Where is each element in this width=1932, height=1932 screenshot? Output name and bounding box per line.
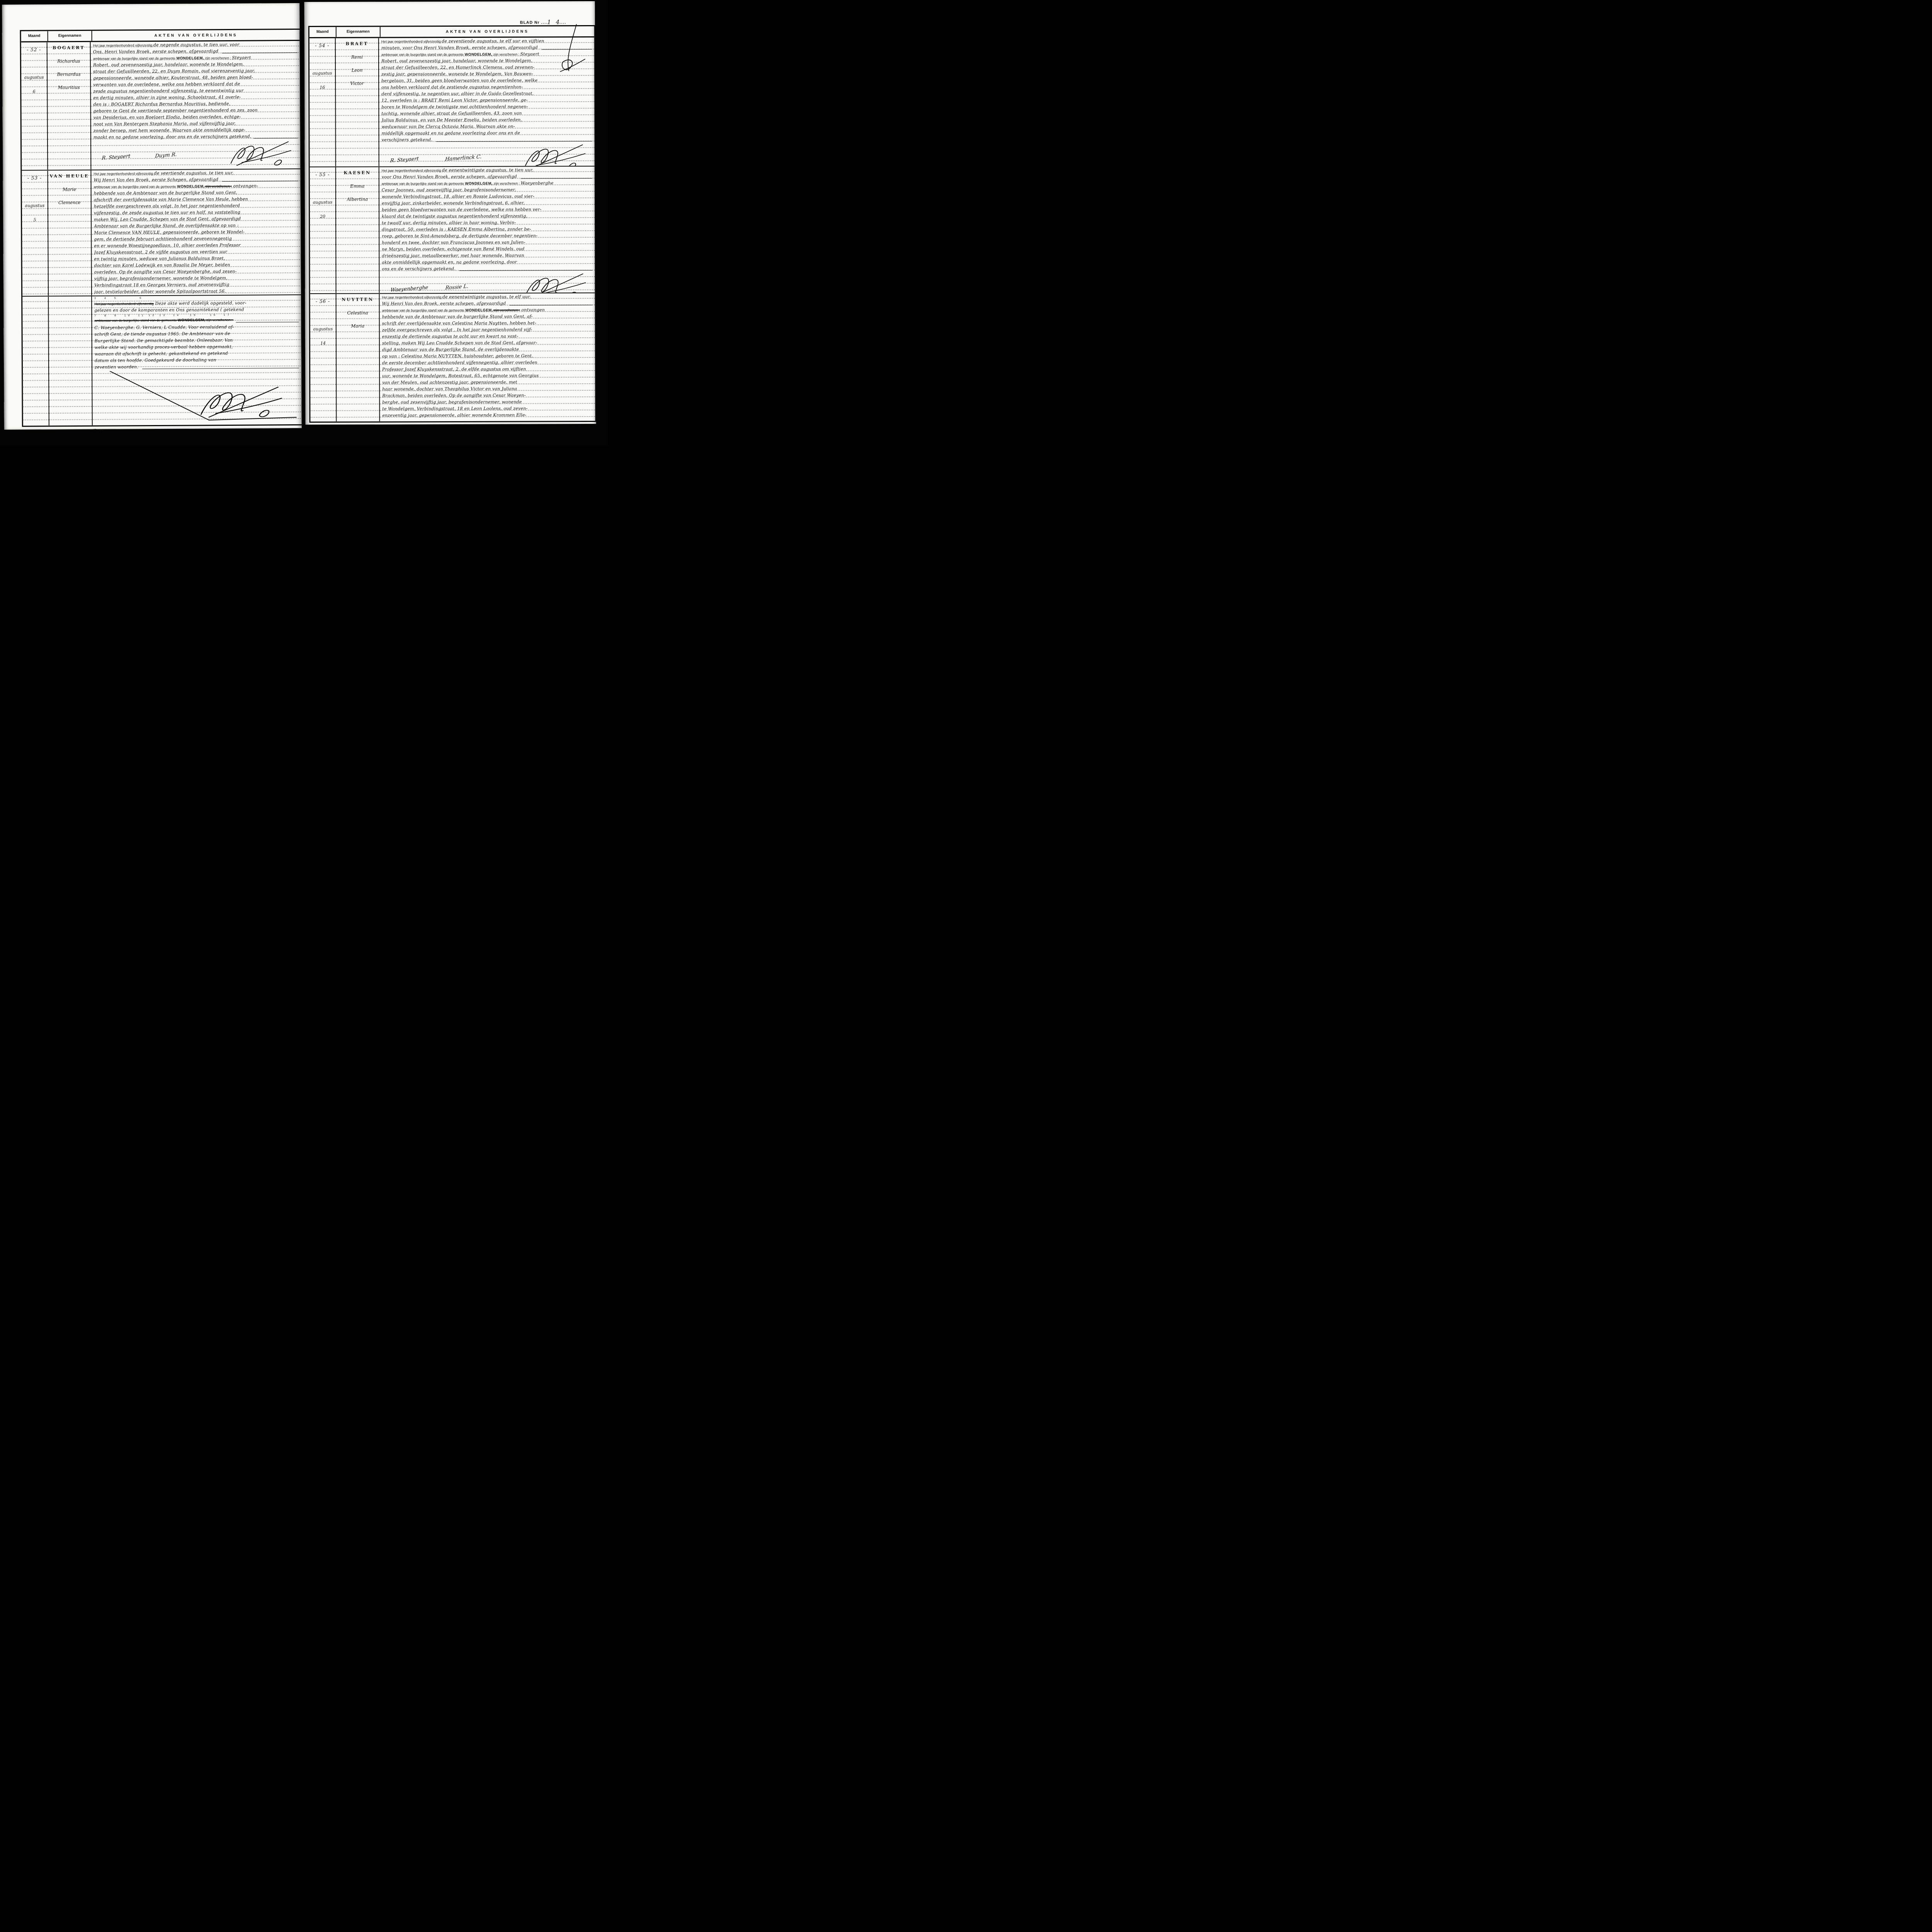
handwritten-text: maken Wij, Leo Cnudde, Schepen van de St… xyxy=(94,216,241,222)
fill-rule-line xyxy=(142,368,299,369)
deceased-given-name: Victor xyxy=(336,80,378,94)
handwritten-text: Steyaert xyxy=(232,55,251,60)
handwritten-text: weduwnaar van De Clercq Octavia Maria. W… xyxy=(381,124,515,129)
entry-number: - 56 - xyxy=(310,299,336,304)
act-text-line: voor Ons Henri Vanden Broek, eerste sche… xyxy=(382,174,593,181)
signature-block: R. SteyaertDuym R. xyxy=(94,140,299,169)
register-entry-52: - 52 - augustus 6 BOGAERTRichardusBernar… xyxy=(21,41,301,171)
printed-text: WONDELGEM, xyxy=(465,182,493,186)
entry-names-cell xyxy=(49,296,93,426)
act-text-line: wonende Verbindingstraat, 18, alhier en … xyxy=(382,194,593,201)
act-text-line: te twaalf uur, dertig minuten, alhier in… xyxy=(382,220,593,227)
handwritten-text: tachtig, wonende alhier, straat de Gefus… xyxy=(381,111,522,116)
act-text-line: tachtig, wonende alhier, straat de Gefus… xyxy=(381,111,593,117)
deceased-given-name: Bernardus xyxy=(48,71,90,85)
handwritten-text: zestig jaar, gepensionneerde, wonende te… xyxy=(381,71,533,77)
column-header-eigennamen: Eigennamen xyxy=(337,27,381,37)
act-text-line: ambtenaar van de burgerlijke stand van d… xyxy=(382,307,594,314)
handwritten-text: gepensionneerde, wonende alhier, Kouters… xyxy=(93,75,253,81)
handwritten-text: akte onmiddellijk opgemaakt en, na gedan… xyxy=(382,260,517,265)
handwritten-text: berghe, oud zesenvijftig jaar, begrafeni… xyxy=(382,400,522,405)
handwritten-text: beiden geen bloedverwanten van de overle… xyxy=(382,207,541,212)
act-text-line: enzeventig jaar, gepensioneerde, alhier … xyxy=(382,412,594,419)
column-header-eigennamen: Eigennamen xyxy=(48,31,92,41)
printed-text: ambtenaar van de burgerlijke stand van d… xyxy=(381,53,465,57)
witness-signature: R. Steyaert xyxy=(102,153,131,162)
deceased-given-name: Leon xyxy=(336,67,378,80)
entry-month: augustus xyxy=(310,200,335,205)
entry-day: 5 xyxy=(22,217,48,222)
handwritten-text: jaar, textielarbeider, alhier wonende Sp… xyxy=(94,289,226,294)
act-text-line: bergelaan, 31, beiden geen bloedverwante… xyxy=(381,78,593,85)
act-text-line: te Wondelgem, Verbindingstraat, 18 en Le… xyxy=(382,406,594,413)
sheet-number-label: BLAD Nr xyxy=(520,20,541,25)
handwritten-text: ons en de verschijners getekend. xyxy=(382,266,457,272)
handwritten-text: de negende augustus, te tien uur, voor xyxy=(153,42,240,48)
annotation-numbers: 3 4 5 6 xyxy=(94,297,143,300)
handwritten-text: schrift der overlijdensakte van Celestin… xyxy=(382,320,536,326)
officer-signature-flourish xyxy=(519,142,587,166)
handwritten-text: verwanten van de overledene, welke ons h… xyxy=(93,82,240,87)
deceased-surname: BOGAERT xyxy=(48,45,90,59)
act-text-line: beiden geen bloedverwanten van de overle… xyxy=(382,207,593,214)
witness-signature: Hamerlinck C. xyxy=(445,154,482,162)
deceased-surname: VAN HEULE xyxy=(48,173,90,187)
act-text-line: klaard dat de twintigste augustus negent… xyxy=(382,213,593,220)
signature-block: WaeyenbergheRossie L. xyxy=(382,272,593,293)
handwritten-text: Brackman, beiden overleden. Op de aangif… xyxy=(382,393,526,398)
handwritten-text: enzestig de dertiende augustus te acht u… xyxy=(382,334,518,339)
entry-number: - 53 - xyxy=(22,175,47,180)
entry-names-cell: KAESENEmmaAlbertina xyxy=(336,167,380,293)
handwritten-text: de veertiende augustus, te tien uur, xyxy=(154,170,233,176)
act-text-line: van der Meulen, oud achtenzestig jaar, g… xyxy=(382,379,594,386)
handwritten-text: middellijk opgemaakt en na gedane voorle… xyxy=(381,131,520,136)
deceased-given-name: Emma xyxy=(336,183,379,196)
act-text-line: digd Ambtenaar van de Burgerlijke Stand,… xyxy=(382,347,594,354)
handwritten-text: Deze akte werd dadelijk opgesteld, voor- xyxy=(154,301,247,306)
handwritten-text: Steyaert xyxy=(520,51,539,56)
handwritten-text: en er wonende Woestijnegoedlaan, 10, alh… xyxy=(94,243,241,248)
deceased-surname: BRAET xyxy=(336,41,378,54)
act-text-line: dingstraat, 50, overleden is : KAESEN Em… xyxy=(382,226,593,233)
officer-signature-flourish xyxy=(519,271,587,293)
handwritten-text: C. Waeyenberghe. G. Verniers, L Cnudde, … xyxy=(94,325,234,330)
printed-text: zijn verschenen : xyxy=(493,182,521,185)
act-text-line: jaar, textielarbeider, alhier wonende Sp… xyxy=(94,288,299,296)
printed-text: zijn verschenen : xyxy=(493,308,520,312)
table-header: Maand Eigennamen AKTEN VAN OVERLIJDENS xyxy=(21,30,299,43)
entry-maand-cell: - 52 - augustus 6 xyxy=(21,42,48,170)
handwritten-text: dingstraat, 50, overleden is : KAESEN Em… xyxy=(382,226,531,232)
handwritten-text: geboren te Gent de veertiende september … xyxy=(94,108,258,114)
entry-number: - 52 - xyxy=(21,47,47,52)
entry-names-cell: NUYTTENCelestinaMaria xyxy=(337,294,380,421)
handwritten-text: ons hebben verklaard dat de zestiende au… xyxy=(381,85,523,90)
entry-month: augustus xyxy=(310,327,336,332)
printed-text: ambtenaar van de burgerlijke stand van d… xyxy=(382,308,466,313)
handwritten-text: Professor Jozef Kluyskensstraat, 2, de e… xyxy=(382,366,526,372)
register-entry-53: - 53 - augustus 5 VAN HEULEMarieClemence… xyxy=(22,169,301,297)
handwritten-text: datum als ten hoofde. Goedgekeurd de doo… xyxy=(95,357,216,363)
page-right: BLAD Nr ....1 4.... Maand Eigennamen AKT… xyxy=(304,1,596,425)
handwritten-text: straat der Gefusilleerden, 22, en Duym R… xyxy=(93,68,255,74)
deceased-surname: KAESEN xyxy=(336,170,379,183)
handwritten-text: Cesar Joannes, oud zesenvijftig jaar, be… xyxy=(382,187,516,193)
handwritten-text: Marie Clemence VAN HEULE, gepensioneerde… xyxy=(94,230,245,235)
handwritten-text: voor Ons Henri Vanden Broek, eerste sche… xyxy=(382,174,519,180)
column-header-maand: Maand xyxy=(310,27,337,37)
printed-text: Het jaar negentienhonderd vijfenzestig xyxy=(93,43,153,48)
entry-month: augustus xyxy=(21,75,47,80)
act-text-line: stelling, maken Wij Leo Cnudde Schepen v… xyxy=(382,340,594,347)
scan-speck xyxy=(99,430,104,431)
handwritten-text: verschijners getekend. xyxy=(381,137,434,142)
entry-maand-cell: - 56 - augustus 14 xyxy=(310,294,337,422)
entry-day: 16 xyxy=(310,85,335,90)
handwritten-text: en dertig minuten, alhier in zijne wonin… xyxy=(93,95,241,100)
handwritten-text: stelling, maken Wij Leo Cnudde Schepen v… xyxy=(382,340,537,345)
handwritten-text: envijftig jaar, zinkarbeider, wonende Ve… xyxy=(382,200,525,206)
printed-text: zijn verschenen : xyxy=(204,56,232,60)
handwritten-text: Julius Balduinus, en van De Meester Emel… xyxy=(381,117,522,123)
handwritten-text: Jozef Kluyskensstraat, 2 de vijfde augus… xyxy=(94,249,227,255)
handwritten-text: derd vijfenzestig, te negentien uur, alh… xyxy=(381,91,534,96)
entry-day: 14 xyxy=(310,341,336,346)
act-text-line: zelfde overgeschreven als volgt , In het… xyxy=(382,327,594,334)
handwritten-text: afschrift der overlijdensakte van Marie … xyxy=(94,197,248,202)
printed-text: Het jaar negentienhonderd vijfenzestig xyxy=(94,302,154,306)
act-text-line: Brackman, beiden overleden. Op de aangif… xyxy=(382,393,594,400)
handwritten-text: honderd en twee, dochter van Franciscus … xyxy=(382,240,525,245)
register-entry-56: - 56 - augustus 14 NUYTTENCelestinaMaria… xyxy=(310,293,595,422)
act-text-line: Het jaar negentienhonderd vijfenzestig d… xyxy=(382,294,594,301)
handwritten-text: zesde augustus negentienhonderd vijfenze… xyxy=(93,88,243,94)
handwritten-text: Waeyenberghe xyxy=(520,180,553,185)
handwritten-text: Wij Henri Van den Broek, eerste Schepen,… xyxy=(94,177,219,183)
handwritten-text: dochter van Karel Lodewijk en van Rosali… xyxy=(94,262,230,268)
deceased-given-name: Richardus xyxy=(48,58,90,72)
act-text-line: weduwnaar van De Clercq Octavia Maria. W… xyxy=(381,124,593,131)
deceased-given-name: Maria xyxy=(337,323,379,336)
act-text-line: schrift der overlijdensakte van Celestin… xyxy=(382,320,594,327)
deceased-given-name: Remi xyxy=(336,54,378,67)
handwritten-text: Verbindingstraat 18 en Georges Verniers,… xyxy=(94,282,230,288)
officer-signature-flourish xyxy=(193,383,284,421)
entry-number: - 54 - xyxy=(310,43,335,48)
handwritten-text: de eenentwintigste augustus, te tien uur… xyxy=(442,167,534,173)
handwritten-text: Robert, oud zevenenzestig jaar, handelaa… xyxy=(93,62,244,68)
act-text-line: roep, geboren te Sint-Amandsberg, de der… xyxy=(382,233,593,240)
entry-names-cell: BOGAERTRichardusBernardusMauritius xyxy=(48,42,92,170)
printed-text: WONDELGEM, xyxy=(465,53,493,57)
act-text-line: uur, wonende te Wondelgem, Botestraat, 6… xyxy=(382,373,594,380)
handwritten-text: en twintig minuten, weduwe van Julianus … xyxy=(94,256,225,262)
handwritten-text: vijfenzestig, de zesde augustus te tien … xyxy=(94,210,240,216)
entry-month: augustus xyxy=(310,71,335,76)
handwritten-text: enzeventig jaar, gepensioneerde, alhier … xyxy=(382,412,526,418)
handwritten-text: drieënzestig jaar, metaalbewerker, met h… xyxy=(382,253,524,258)
handwritten-text: welke akte wij voorhandig proces-verbaal… xyxy=(95,344,233,350)
printed-text: zijn verschenen : xyxy=(206,318,234,322)
handwritten-text: zelfde overgeschreven als volgt , In het… xyxy=(382,327,532,332)
act-text-line: Professor Jozef Kluyskensstraat, 2, de e… xyxy=(382,366,594,373)
act-text-line: Cesar Joannes, oud zesenvijftig jaar, be… xyxy=(382,187,593,194)
handwritten-text: roep, geboren te Sint-Amandsberg, de der… xyxy=(382,233,537,238)
handwritten-text: vijftig jaar, begrafenisondernemer, wone… xyxy=(94,276,228,281)
fill-rule-line xyxy=(520,178,592,179)
pen-squiggle xyxy=(558,24,586,78)
printed-text: zijn verschenen : xyxy=(492,53,520,56)
entry-act-text-cell: Het jaar negentienhonderd vijfenzestig d… xyxy=(91,169,301,296)
register-entry-53-continuation: 3 4 5 6Het jaar negentienhonderd vijfenz… xyxy=(22,295,302,426)
entry-act-text-cell: 3 4 5 6Het jaar negentienhonderd vijfenz… xyxy=(92,295,302,425)
handwritten-text: 12, overleden is : BRAET Remi Leon Victo… xyxy=(381,97,527,103)
handwritten-text: digd Ambtenaar van de Burgerlijke Stand,… xyxy=(382,347,519,352)
column-header-akten: AKTEN VAN OVERLIJDENS xyxy=(92,32,300,38)
register-table-left: Maand Eigennamen AKTEN VAN OVERLIJDENS -… xyxy=(20,29,303,427)
act-text-line: de eerste december achttienhonderd vijfe… xyxy=(382,360,594,367)
handwritten-text: de zeventiende augustus, te elf uur en v… xyxy=(442,38,544,44)
deceased-given-name: Marie xyxy=(48,187,91,200)
handwritten-text: hebbende van de Ambtenaar van de burgerl… xyxy=(94,190,238,196)
act-text-line: drieënzestig jaar, metaalbewerker, met h… xyxy=(382,253,593,260)
act-text-line: ambtenaar van de burgerlijke stand van d… xyxy=(382,180,593,187)
act-text-line: op van : Celestina Maria NUYTTEN, huisho… xyxy=(382,353,594,360)
act-text-line: enzestig de dertiende augustus te acht u… xyxy=(382,333,594,340)
handwritten-text: zeventien woorden. xyxy=(95,364,140,370)
handwritten-text: minuten, voor Ons Henri Vanden Broek, ee… xyxy=(381,45,539,50)
printed-text: WONDELGEM, xyxy=(176,56,204,60)
handwritten-text: straat der Gefusilleerden, 22, en Hamerl… xyxy=(381,65,534,70)
deceased-given-name: Albertina xyxy=(336,196,379,209)
scanned-register-spread: Maand Eigennamen AKTEN VAN OVERLIJDENS -… xyxy=(0,0,608,446)
fill-rule-line xyxy=(236,322,299,323)
witness-signature: Rossie L. xyxy=(445,284,469,291)
handwritten-text: schrift Gent, de tiende augustus 1965. D… xyxy=(95,331,230,337)
witness-signature: Duym R. xyxy=(155,152,177,159)
handwritten-text: gem, de dertiende februari achttienhonde… xyxy=(94,236,232,242)
register-entry-55: - 55 - augustus 20 KAESENEmmaAlbertina H… xyxy=(310,167,595,294)
handwritten-text: ontvangen- xyxy=(232,184,258,189)
entry-maand-cell: - 55 - augustus 20 xyxy=(310,167,337,293)
handwritten-text: Robert, oud zevenenzestig jaar, handelaa… xyxy=(381,58,532,63)
handwritten-text: van Desiderius, en van Boelaert Elodia, … xyxy=(94,114,241,120)
entry-number: - 55 - xyxy=(310,172,335,177)
annotation-numbers: 7 8 9 10 11 12 13 14 15 16 17 xyxy=(94,314,231,317)
entry-names-cell: BRAETRemiLeonVictor xyxy=(336,38,379,166)
handwritten-text: Ambtenaar van de Burgerlijke Stand, de o… xyxy=(94,223,239,229)
act-text-line: Het jaar negentienhonderd vijfenzestig d… xyxy=(382,167,593,174)
printed-text: ambtenaar van de burgerlijke stand van d… xyxy=(93,56,177,61)
printed-text: Het jaar negentienhonderd vijfenzestig xyxy=(382,168,442,172)
act-text-line: haar wonende, dochter van Theophilus Vic… xyxy=(382,386,594,393)
witness-signature: Waeyenberghe xyxy=(390,285,429,293)
handwritten-text: op van : Celestina Maria NUYTTEN, huisho… xyxy=(382,353,533,359)
handwritten-text: ontvangen xyxy=(520,307,545,312)
printed-text: Het jaar negentienhonderd vijfenzestig xyxy=(94,172,154,176)
deceased-given-name: Celestina xyxy=(337,310,379,323)
register-entry-54: - 54 - augustus 16 BRAETRemiLeonVictor H… xyxy=(310,37,595,167)
column-header-maand: Maand xyxy=(21,31,48,41)
act-text-line: boren te Wondelgem de twintigste mei ach… xyxy=(381,104,593,111)
act-text-line: Julius Balduinus, en van De Meester Emel… xyxy=(381,117,593,124)
entry-day: 20 xyxy=(310,214,335,219)
handwritten-text: wonende Verbindingstraat, 18, alhier en … xyxy=(382,194,534,199)
handwritten-text: hebbende van de Ambtenaar van de burgerl… xyxy=(382,314,533,319)
signature-block: R. SteyaertHamerlinck C. xyxy=(382,143,593,166)
fill-rule-line xyxy=(222,53,298,54)
register-table-right: Maand Eigennamen AKTEN VAN OVERLIJDENS -… xyxy=(308,25,597,423)
page-left: Maand Eigennamen AKTEN VAN OVERLIJDENS -… xyxy=(2,3,302,430)
deceased-surname: NUYTTEN xyxy=(337,297,379,310)
witness-signature: R. Steyaert xyxy=(390,156,419,164)
printed-text: WONDELGEM, xyxy=(465,308,493,313)
act-text-line: derd vijfenzestig, te negentien uur, alh… xyxy=(381,91,593,98)
handwritten-text: zonder beroep, met hem wonende. Waarvan … xyxy=(94,128,245,133)
entry-names-cell: VAN HEULEMarieClemence xyxy=(48,170,92,296)
printed-text: ambtenaar van de burgerlijke stand van d… xyxy=(94,318,178,323)
handwritten-text: den is : BOGAERT Richardus Bernardus Mau… xyxy=(93,101,230,107)
act-text-line: 12, overleden is : BRAET Remi Leon Victo… xyxy=(381,97,593,104)
officer-signature-flourish xyxy=(225,139,293,168)
handwritten-text: Burgerlijke Stand. De gemachtigde beambt… xyxy=(95,338,233,344)
entry-act-text-cell: Het jaar negentienhonderd vijfenzestig d… xyxy=(91,41,301,170)
handwritten-text: Wij Henri Van den Broek, eerste schepen,… xyxy=(382,301,507,306)
act-text-line: envijftig jaar, zinkarbeider, wonende Ve… xyxy=(382,200,593,207)
act-text-line: berghe, oud zesenvijftig jaar, begrafeni… xyxy=(382,399,594,406)
handwritten-text: te Wondelgem, Verbindingstraat, 18 en Le… xyxy=(382,406,527,411)
entry-day: 6 xyxy=(21,89,47,94)
table-header: Maand Eigennamen AKTEN VAN OVERLIJDENS xyxy=(310,26,594,38)
printed-text: ambtenaar van de burgerlijke stand van d… xyxy=(382,182,465,186)
fill-rule-line xyxy=(510,305,593,306)
printed-text: ambtenaar van de burgerlijke stand van d… xyxy=(94,185,177,189)
entry-month: augustus xyxy=(22,203,48,208)
handwritten-text: Ons, Henri Vanden Broek, eerste schepen,… xyxy=(93,49,220,54)
handwritten-text: overleden. Op de aangifte van Cesar Waey… xyxy=(94,269,237,275)
handwritten-text: uur, wonende te Wondelgem, Botestraat, 6… xyxy=(382,373,539,378)
act-text-line: ons hebben verklaard dat de zestiende au… xyxy=(381,84,593,91)
fill-rule-line xyxy=(222,181,298,182)
deceased-given-name: Clemence xyxy=(48,200,91,213)
handwritten-text: haar wonende, dochter van Theophilus Vic… xyxy=(382,386,517,392)
handwritten-text: te twaalf uur, dertig minuten, alhier in… xyxy=(382,220,516,226)
handwritten-text: gelezen en door de komparanten en Ons ge… xyxy=(94,307,244,313)
entry-maand-cell xyxy=(22,296,49,425)
printed-text: Het jaar negentienhonderd vijfenzestig xyxy=(382,295,442,299)
entry-maand-cell: - 54 - augustus 16 xyxy=(310,38,336,167)
scan-speck xyxy=(90,429,96,430)
handwritten-text: noot van Van Rentergem Stephania Maria, … xyxy=(94,121,236,127)
act-text-line: Wij Henri Van den Broek, eerste schepen,… xyxy=(382,301,594,308)
handwritten-text: bergelaan, 31, beiden geen bloedverwante… xyxy=(381,78,537,83)
handwritten-text: waaraan dit afschrift is gehecht, gekant… xyxy=(95,351,228,357)
printed-text: WONDELGEM, xyxy=(178,318,206,322)
printed-text: Het jaar negentienhonderd vijfenzestig xyxy=(381,39,442,43)
handwritten-text: klaard dat de twintigste augustus negent… xyxy=(382,213,527,219)
entry-act-text-cell: Het jaar negentienhonderd vijfenzestig d… xyxy=(380,293,595,421)
handwritten-text: ne Maryn, beiden overleden, echtgenote v… xyxy=(382,246,524,252)
handwritten-text: de eenentwintigste augustus, te elf uur, xyxy=(442,294,531,299)
handwritten-text: de eerste december achttienhonderd vijfe… xyxy=(382,360,537,365)
handwritten-text: boren te Wondelgem de twintigste mei ach… xyxy=(381,104,528,109)
act-text-line: akte onmiddellijk opgemaakt en, na gedan… xyxy=(382,259,593,266)
act-text-line: middellijk opgemaakt en na gedane voorle… xyxy=(381,130,593,137)
printed-text: WONDELGEM, xyxy=(177,184,205,189)
signature-block xyxy=(95,370,300,422)
deceased-given-name: Mauritius xyxy=(48,85,90,98)
act-text-line: hebbende van de Ambtenaar van de burgerl… xyxy=(382,314,594,321)
handwritten-text: hetzelfde overgeschreven als volgt. In h… xyxy=(94,203,240,209)
entry-act-text-cell: Het jaar negentienhonderd vijfenzestig d… xyxy=(379,167,595,293)
act-text-line: ne Maryn, beiden overleden, echtgenote v… xyxy=(382,246,593,253)
printed-text: zijn verschenen : xyxy=(205,184,232,188)
act-text-line: honderd en twee, dochter van Franciscus … xyxy=(382,240,593,247)
entry-maand-cell: - 53 - augustus 5 xyxy=(22,170,49,296)
handwritten-text: van der Meulen, oud achtenzestig jaar, g… xyxy=(382,380,517,385)
